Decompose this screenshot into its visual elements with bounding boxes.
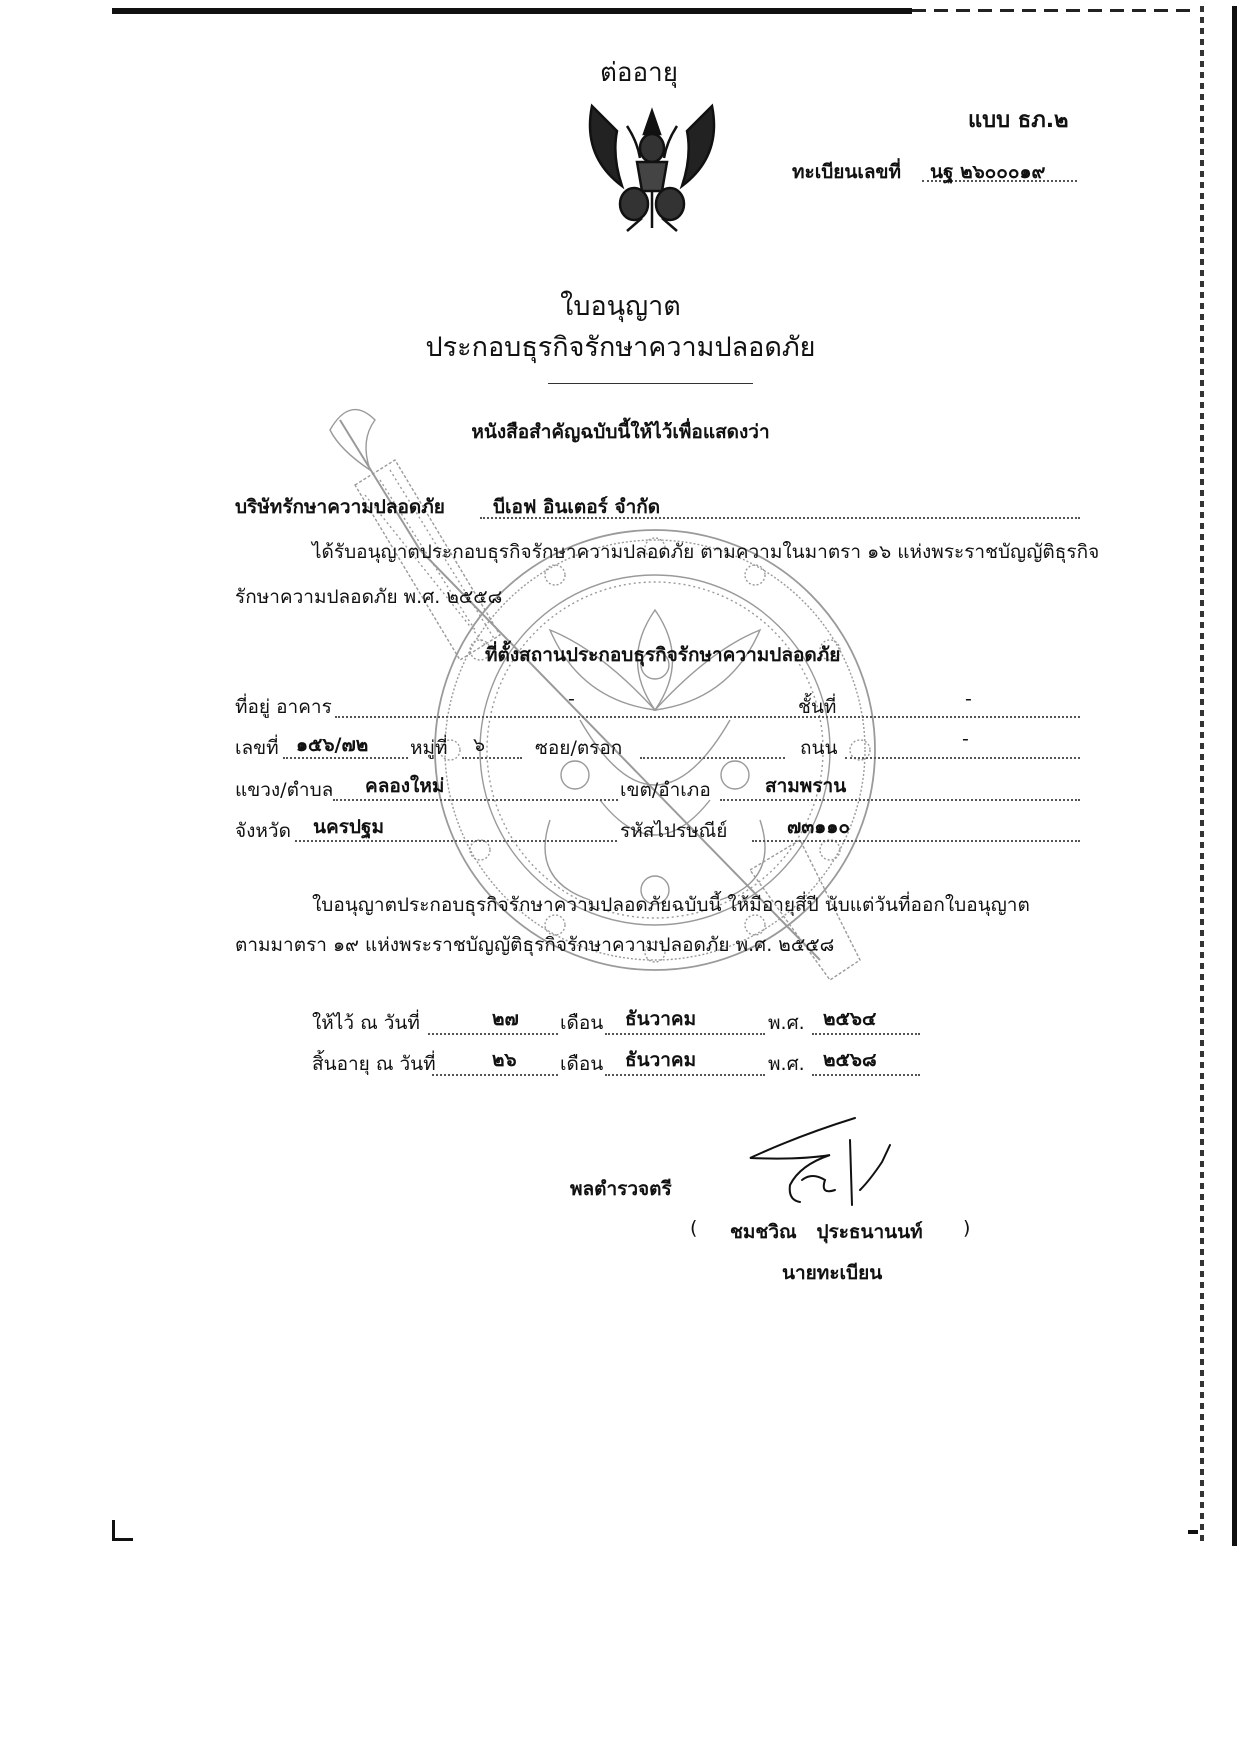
- issued-label: ให้ไว้ ณ วันที่: [312, 1008, 420, 1038]
- address-heading: ที่ตั้งสถานประกอบธุรกิจรักษาความปลอดภัย: [485, 640, 840, 670]
- issued-year: ๒๕๖๔: [823, 1004, 876, 1034]
- renewal-label: ต่ออายุ: [600, 52, 678, 93]
- title-line-2: ประกอบธุรกิจรักษาความปลอดภัย: [0, 325, 1241, 368]
- company-name: บีเอฟ อินเตอร์ จำกัด: [493, 492, 660, 522]
- moo-value: ๖: [473, 730, 485, 760]
- signatory-close-paren: ): [963, 1217, 970, 1239]
- building-value: -: [568, 688, 575, 710]
- issued-day: ๒๗: [492, 1004, 519, 1034]
- issued-month: ธันวาคม: [625, 1004, 696, 1034]
- certificate-statement: หนังสือสำคัญฉบับนี้ให้ไว้เพื่อแสดงว่า: [0, 417, 1241, 447]
- scan-right-edge: [1232, 6, 1237, 1546]
- soi-label: ซอย/ตรอก: [535, 733, 622, 763]
- registration-number: นฐ ๒๖๐๐๐๑๙: [930, 157, 1045, 187]
- road-label: ถนน: [800, 733, 837, 763]
- signatory-name: ชมชวิณ ปุระธนานนท์: [730, 1217, 923, 1247]
- signatory-position: นายทะเบียน: [782, 1258, 882, 1288]
- province-label: จังหวัด: [235, 816, 291, 846]
- number-value: ๑๕๖/๗๒: [296, 730, 368, 760]
- signatory-open-paren: (: [690, 1217, 697, 1239]
- district-value: สามพราน: [765, 771, 846, 801]
- signatory-rank: พลตำรวจตรี: [570, 1174, 672, 1204]
- authorization-line-2: รักษาความปลอดภัย พ.ศ. ๒๕๕๘: [235, 582, 502, 612]
- building-dotted-line: [335, 716, 1080, 718]
- signature-icon: [740, 1110, 920, 1210]
- expiry-month-label: เดือน: [560, 1049, 603, 1079]
- floor-label: ชั้นที่: [798, 692, 836, 722]
- subdistrict-value: คลองใหม่: [365, 771, 444, 801]
- postal-label: รหัสไปรษณีย์: [620, 816, 727, 846]
- floor-value: -: [965, 688, 972, 710]
- expiry-day: ๒๖: [492, 1045, 517, 1075]
- issued-month-label: เดือน: [560, 1008, 603, 1038]
- issued-year-label: พ.ศ.: [768, 1008, 805, 1038]
- scan-top-border: [112, 8, 912, 14]
- validity-line-1: ใบอนุญาตประกอบธุรกิจรักษาความปลอดภัยฉบับ…: [312, 890, 1030, 920]
- expiry-label: สิ้นอายุ ณ วันที่: [312, 1049, 436, 1079]
- scan-top-border-dashed: [912, 9, 1192, 12]
- number-label: เลขที่: [235, 733, 279, 763]
- postal-value: ๗๓๑๑๐: [787, 812, 850, 842]
- road-dotted-line: [845, 757, 1080, 759]
- soi-dotted-line: [640, 757, 785, 759]
- title-rule: [548, 383, 753, 384]
- title-line-1: ใบอนุญาต: [0, 284, 1241, 327]
- expiry-year: ๒๕๖๘: [823, 1045, 877, 1075]
- subdistrict-label: แขวง/ตำบล: [235, 775, 333, 805]
- scan-right-edge-dashed: [1200, 6, 1204, 1546]
- validity-line-2: ตามมาตรา ๑๙ แห่งพระราชบัญญัติธุรกิจรักษา…: [235, 930, 834, 960]
- moo-dotted-line: [462, 757, 522, 759]
- province-value: นครปฐม: [313, 812, 384, 842]
- form-code: แบบ ธภ.๒: [968, 102, 1069, 137]
- scan-corner-mark: [112, 1520, 133, 1541]
- district-label: เขต/อำเภอ: [620, 775, 711, 805]
- registration-label: ทะเบียนเลขที่: [792, 157, 901, 187]
- authorization-line-1: ได้รับอนุญาตประกอบธุรกิจรักษาความปลอดภัย…: [312, 537, 1099, 567]
- road-value: -: [962, 728, 969, 750]
- building-label: ที่อยู่ อาคาร: [235, 692, 332, 722]
- garuda-emblem-icon: [582, 96, 722, 236]
- moo-label: หมู่ที่: [410, 733, 448, 763]
- expiry-year-label: พ.ศ.: [768, 1049, 805, 1079]
- expiry-month: ธันวาคม: [625, 1045, 696, 1075]
- company-label: บริษัทรักษาความปลอดภัย: [235, 492, 445, 522]
- scan-corner-mark: [1188, 1530, 1198, 1534]
